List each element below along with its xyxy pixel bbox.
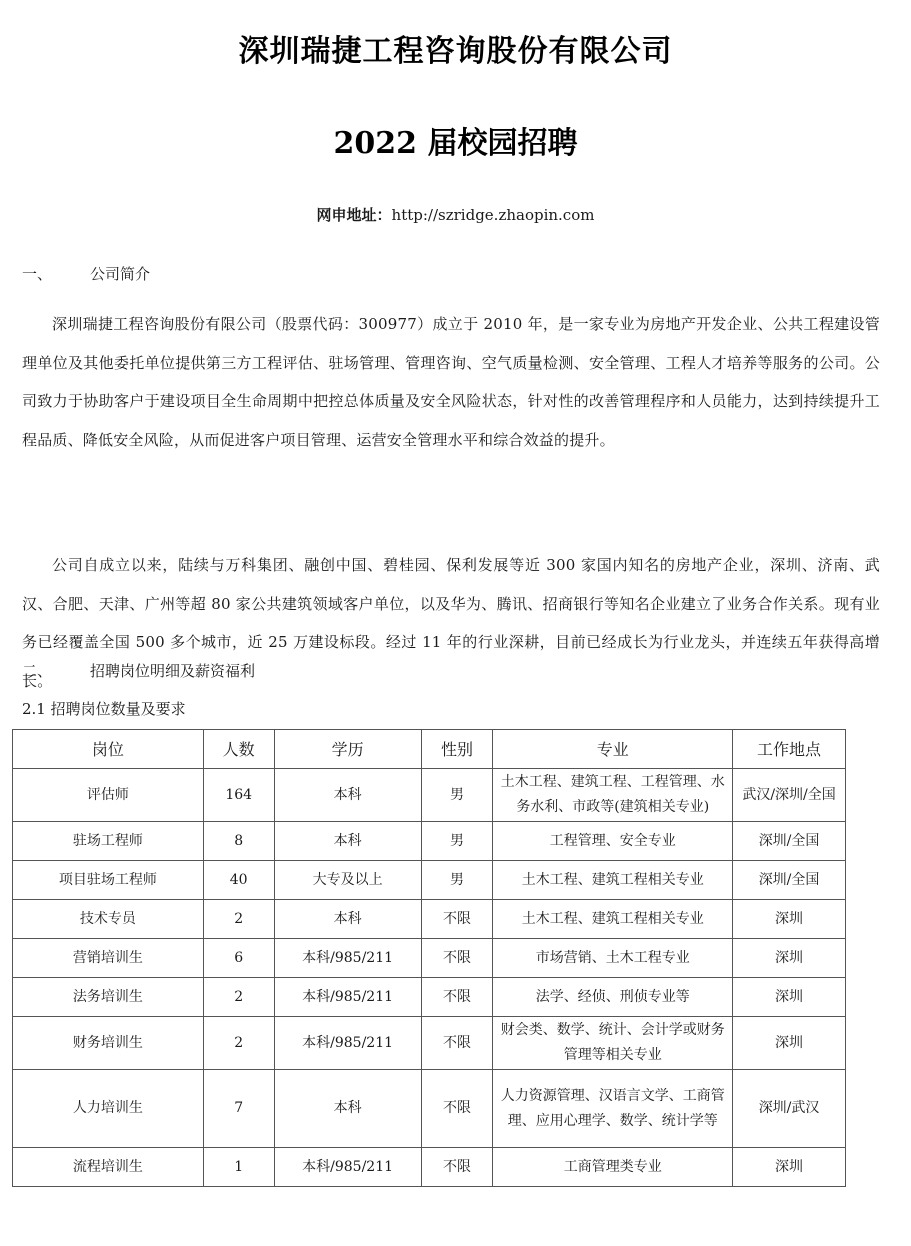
cell-position: 项目驻场工程师: [13, 861, 204, 900]
apply-label: 网申地址：: [317, 206, 392, 224]
cell-position: 流程培训生: [13, 1148, 204, 1187]
section-number: 二、: [22, 660, 90, 681]
cell-gender: 不限: [421, 1148, 493, 1187]
cell-location: 武汉/深圳/全国: [733, 769, 846, 822]
cell-location: 深圳: [733, 900, 846, 939]
table-row: 财务培训生 2 本科/985/211 不限 财会类、数学、统计、会计学或财务管理…: [13, 1017, 846, 1070]
cell-education: 本科/985/211: [274, 978, 421, 1017]
apply-address-line: 网申地址：http://szridge.zhaopin.com: [0, 204, 911, 225]
table-row: 项目驻场工程师 40 大专及以上 男 土木工程、建筑工程相关专业 深圳/全国: [13, 861, 846, 900]
section-title: 公司简介: [90, 265, 150, 283]
cell-location: 深圳: [733, 1148, 846, 1187]
cell-count: 164: [203, 769, 274, 822]
cell-location: 深圳: [733, 978, 846, 1017]
header-count: 人数: [203, 730, 274, 769]
cell-gender: 不限: [421, 1070, 493, 1148]
header-major: 专业: [493, 730, 733, 769]
table-row: 人力培训生 7 本科 不限 人力资源管理、汉语言文学、工商管理、应用心理学、数学…: [13, 1070, 846, 1148]
cell-education: 本科/985/211: [274, 1148, 421, 1187]
cell-major: 法学、经侦、刑侦专业等: [493, 978, 733, 1017]
cell-gender: 男: [421, 822, 493, 861]
apply-url-link[interactable]: http://szridge.zhaopin.com: [392, 206, 595, 224]
intro-paragraph-1: 深圳瑞捷工程咨询股份有限公司（股票代码：300977）成立于 2010 年，是一…: [22, 305, 880, 459]
cell-count: 2: [203, 978, 274, 1017]
cell-location: 深圳/全国: [733, 822, 846, 861]
cell-major: 土木工程、建筑工程相关专业: [493, 900, 733, 939]
cell-education: 本科/985/211: [274, 939, 421, 978]
cell-count: 40: [203, 861, 274, 900]
cell-count: 2: [203, 900, 274, 939]
cell-education: 大专及以上: [274, 861, 421, 900]
cell-gender: 不限: [421, 900, 493, 939]
cell-location: 深圳/武汉: [733, 1070, 846, 1148]
table-row: 法务培训生 2 本科/985/211 不限 法学、经侦、刑侦专业等 深圳: [13, 978, 846, 1017]
cell-major: 工程管理、安全专业: [493, 822, 733, 861]
cell-gender: 不限: [421, 978, 493, 1017]
cell-position: 营销培训生: [13, 939, 204, 978]
cell-major: 工商管理类专业: [493, 1148, 733, 1187]
cell-major: 土木工程、建筑工程相关专业: [493, 861, 733, 900]
cell-position: 人力培训生: [13, 1070, 204, 1148]
cell-location: 深圳: [733, 1017, 846, 1070]
table-row: 技术专员 2 本科 不限 土木工程、建筑工程相关专业 深圳: [13, 900, 846, 939]
cell-education: 本科: [274, 1070, 421, 1148]
table-header-row: 岗位 人数 学历 性别 专业 工作地点: [13, 730, 846, 769]
header-position: 岗位: [13, 730, 204, 769]
table-row: 评估师 164 本科 男 土木工程、建筑工程、工程管理、水务水利、市政等(建筑相…: [13, 769, 846, 822]
cell-education: 本科: [274, 769, 421, 822]
cell-position: 评估师: [13, 769, 204, 822]
cell-gender: 不限: [421, 1017, 493, 1070]
cell-education: 本科: [274, 822, 421, 861]
cell-position: 法务培训生: [13, 978, 204, 1017]
cell-major: 市场营销、土木工程专业: [493, 939, 733, 978]
company-title: 深圳瑞捷工程咨询股份有限公司: [0, 26, 911, 70]
section-heading-positions: 二、招聘岗位明细及薪资福利: [22, 660, 255, 681]
cell-location: 深圳/全国: [733, 861, 846, 900]
cell-position: 驻场工程师: [13, 822, 204, 861]
header-location: 工作地点: [733, 730, 846, 769]
cell-major: 财会类、数学、统计、会计学或财务管理等相关专业: [493, 1017, 733, 1070]
cell-major: 土木工程、建筑工程、工程管理、水务水利、市政等(建筑相关专业): [493, 769, 733, 822]
cell-education: 本科/985/211: [274, 1017, 421, 1070]
section-heading-company-intro: 一、公司简介: [22, 263, 150, 284]
header-education: 学历: [274, 730, 421, 769]
cell-count: 7: [203, 1070, 274, 1148]
section-title: 招聘岗位明细及薪资福利: [90, 662, 255, 680]
cell-gender: 男: [421, 861, 493, 900]
cell-education: 本科: [274, 900, 421, 939]
recruitment-subtitle: 2022 届校园招聘: [0, 118, 911, 162]
cell-position: 财务培训生: [13, 1017, 204, 1070]
subsection-heading: 2.1 招聘岗位数量及要求: [22, 698, 186, 719]
table-row: 营销培训生 6 本科/985/211 不限 市场营销、土木工程专业 深圳: [13, 939, 846, 978]
cell-location: 深圳: [733, 939, 846, 978]
cell-count: 2: [203, 1017, 274, 1070]
cell-count: 1: [203, 1148, 274, 1187]
table-row: 流程培训生 1 本科/985/211 不限 工商管理类专业 深圳: [13, 1148, 846, 1187]
cell-position: 技术专员: [13, 900, 204, 939]
header-gender: 性别: [421, 730, 493, 769]
cell-count: 8: [203, 822, 274, 861]
cell-gender: 男: [421, 769, 493, 822]
cell-gender: 不限: [421, 939, 493, 978]
section-number: 一、: [22, 263, 90, 284]
table-row: 驻场工程师 8 本科 男 工程管理、安全专业 深圳/全国: [13, 822, 846, 861]
cell-count: 6: [203, 939, 274, 978]
positions-table: 岗位 人数 学历 性别 专业 工作地点 评估师 164 本科 男 土木工程、建筑…: [12, 729, 846, 1187]
cell-major: 人力资源管理、汉语言文学、工商管理、应用心理学、数学、统计学等: [493, 1070, 733, 1148]
